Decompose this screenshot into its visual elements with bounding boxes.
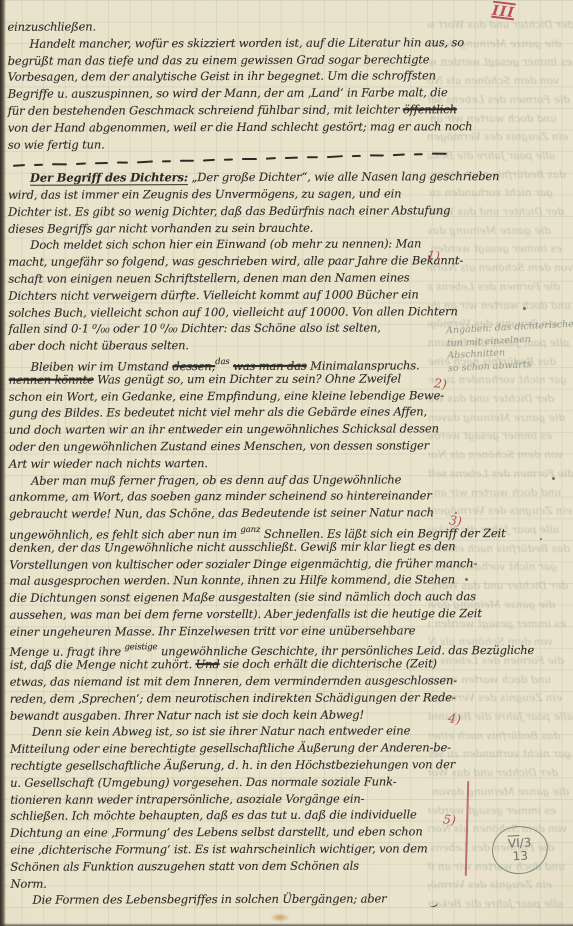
text-line: solches Buch, vielleicht schon auf 100, …	[8, 303, 470, 321]
text-line: von der Hand abgenommen, weil er die Han…	[8, 118, 470, 136]
separator-dash	[95, 163, 108, 165]
text-line: für den bestehenden Geschmack schreiend …	[8, 101, 470, 119]
separator-dash	[414, 154, 423, 156]
text-line: Die Formen des Lebensbegriffes in solche…	[10, 891, 472, 909]
paragraph: Doch meldet sich schon hier ein Einwand …	[8, 236, 470, 355]
text-line: und doch warten wir an ihr entweder ein …	[9, 420, 471, 438]
ink-speck	[523, 307, 526, 310]
separator-dash	[180, 160, 194, 162]
text-line: schließen. Ich möchte behaupten, daß es …	[10, 807, 472, 825]
paper-stain	[270, 913, 290, 922]
text-line: schaft von einigen neuen Schriftstellern…	[8, 269, 470, 287]
margin-number-red-2: 2)	[433, 375, 447, 391]
text-line: bewandt ausgaben. Ihrer Natur nach ist s…	[10, 706, 472, 724]
separator-dash	[242, 159, 257, 161]
text-line: Mitteilung oder eine berechtigte gesells…	[10, 739, 472, 757]
pencil-margin-note: Angaben: das dichterischetun mit einzeln…	[446, 319, 573, 376]
text-line: Schönen als Funktion auszugehen statt vo…	[10, 857, 472, 875]
text-line: Dichters nicht verweigern dürfte. Vielle…	[8, 286, 470, 304]
page-left-edge	[0, 0, 6, 926]
text-line: aber doch nicht überaus selten.	[9, 336, 471, 354]
text-line: nennen könnte Was genügt so, um ein Dich…	[9, 370, 471, 388]
separator-dash	[327, 156, 343, 159]
text-line: die Dichtungen sonst eigenen Maße ausges…	[9, 588, 471, 606]
text-line: ist, daß die Menge nicht zuhört. Und sie…	[10, 655, 472, 673]
ink-speck	[552, 477, 555, 480]
paragraph: Denn sie kein Abweg ist, so ist sie ihre…	[10, 723, 473, 893]
margin-number-red-1: 1)	[426, 247, 440, 263]
separator-dash	[352, 156, 361, 158]
text-line: Begriffe u. auszuspinnen, so wird der Ma…	[8, 84, 470, 102]
text-line: rechtigte gesellschaftliche Äußerung, d.…	[10, 756, 472, 774]
text-line: dieses Begriffs gar nicht vorhanden zu s…	[8, 219, 470, 237]
paragraph: Die Formen des Lebensbegriffes in solche…	[10, 891, 472, 909]
paragraph: einzuschließen.	[7, 17, 469, 35]
text-line: Denn sie kein Abweg ist, so ist sie ihre…	[10, 723, 472, 741]
manuscript-page: der Dichter und das Wort schondie ganze …	[0, 0, 573, 926]
separator-dash	[224, 159, 233, 161]
separator-dash	[266, 158, 276, 161]
text-line: ankomme, am Wort, das soeben ganz minder…	[9, 488, 471, 506]
text-line: etwas, das niemand ist mit dem Inneren, …	[10, 672, 472, 690]
text-line: gebraucht werde! Nun, das Schöne, das Be…	[9, 504, 471, 522]
paragraph: Der Begriff des Dichters: „Der große Dic…	[8, 168, 470, 237]
text-line: wird, das ist immer ein Zeugnis des Unve…	[8, 185, 470, 203]
separator-dash	[370, 155, 384, 157]
text-line: Art wir wieder nach nichts warten.	[9, 454, 471, 472]
text-line: denken, der das Ungewöhnliche nicht auss…	[9, 538, 471, 556]
separator-dash	[52, 164, 67, 166]
text-line: gung des Bildes. Es bedeutet nicht viel …	[9, 404, 471, 422]
text-line: oder den ungewöhnlichen Zustand eines Me…	[9, 437, 471, 455]
text-line: Vorbesagen, dem der analytische Geist in…	[8, 68, 470, 86]
separator-dash	[117, 162, 128, 164]
separator-dash	[285, 157, 298, 159]
margin-number-red-4: 4)	[447, 710, 461, 726]
text-line: Menge u. fragt ihre geistige ungewöhnlic…	[10, 639, 472, 657]
text-line: Dichter ist. Es gibt so wenig Dichter, d…	[8, 202, 470, 220]
ink-speck	[540, 538, 542, 540]
separator-dash	[307, 157, 318, 159]
text-line: Dichtung an eine ‚Formung‘ des Lebens se…	[10, 823, 472, 841]
text-line: Norm.	[10, 874, 472, 892]
text-line: eine ‚dichterische Formung‘ ist. Es ist …	[10, 840, 472, 858]
text-line: tionieren kann weder intrapersönliche, a…	[10, 790, 472, 808]
text-line: ungewöhnlich, es fehlt sich aber nun im …	[9, 521, 471, 539]
text-line: Aber man muß ferner fragen, ob es denn a…	[9, 471, 471, 489]
separator-dash	[137, 161, 153, 164]
text-line: Bleiben wir im Umstand dessen,das was ma…	[9, 353, 471, 371]
separator-dash	[432, 153, 447, 155]
margin-number-red-5: 5)	[442, 811, 456, 827]
separator-dash	[13, 165, 25, 168]
archive-sheet-number: 13	[512, 850, 528, 864]
folio-number-red: III	[491, 3, 515, 22]
text-line: reden, dem ‚Sprechen‘; dem neurotischen …	[10, 689, 472, 707]
text-line: Handelt mancher, wofür es skizziert word…	[8, 34, 470, 52]
separator-dash	[393, 154, 405, 157]
text-line: einer ungeheuren Masse. Ihr Einzelwesen …	[10, 622, 472, 640]
text-line: Vorstellungen von kultischer oder sozial…	[9, 555, 471, 573]
text-line: aussehen, was man bei dem ferne vorstell…	[9, 605, 471, 623]
paragraph: Handelt mancher, wofür es skizziert word…	[8, 34, 470, 153]
text-line: macht, ungefähr so folgend, was geschrie…	[8, 252, 470, 270]
separator-dash	[34, 165, 43, 167]
manuscript-text: einzuschließen.Handelt mancher, wofür es…	[7, 17, 472, 909]
separator-dash	[76, 163, 86, 166]
text-line: schon ein Wort, ein Gedanke, eine Empfin…	[9, 387, 471, 405]
text-line: fallen sind 0·1 ⁰/₀₀ oder 10 ⁰/₀₀ Dichte…	[9, 320, 471, 338]
paragraph: Bleiben wir im Umstand dessen,das was ma…	[9, 353, 471, 472]
text-line: Doch meldet sich schon hier ein Einwand …	[8, 236, 470, 254]
margin-number-red-3: 3)	[448, 512, 462, 528]
paragraph: Aber man muß ferner fragen, ob es denn a…	[9, 471, 472, 725]
separator-dash	[162, 161, 171, 163]
text-line: mal ausgesprochen werden. Nun konnte, ih…	[9, 571, 471, 589]
separator-dash	[203, 160, 215, 163]
text-line: begrüßt man das tiefe und das zu einem g…	[8, 51, 470, 69]
text-line: u. Gesellschaft (Umgebung) vorgesehen. D…	[10, 773, 472, 791]
text-line: einzuschließen.	[7, 17, 469, 35]
